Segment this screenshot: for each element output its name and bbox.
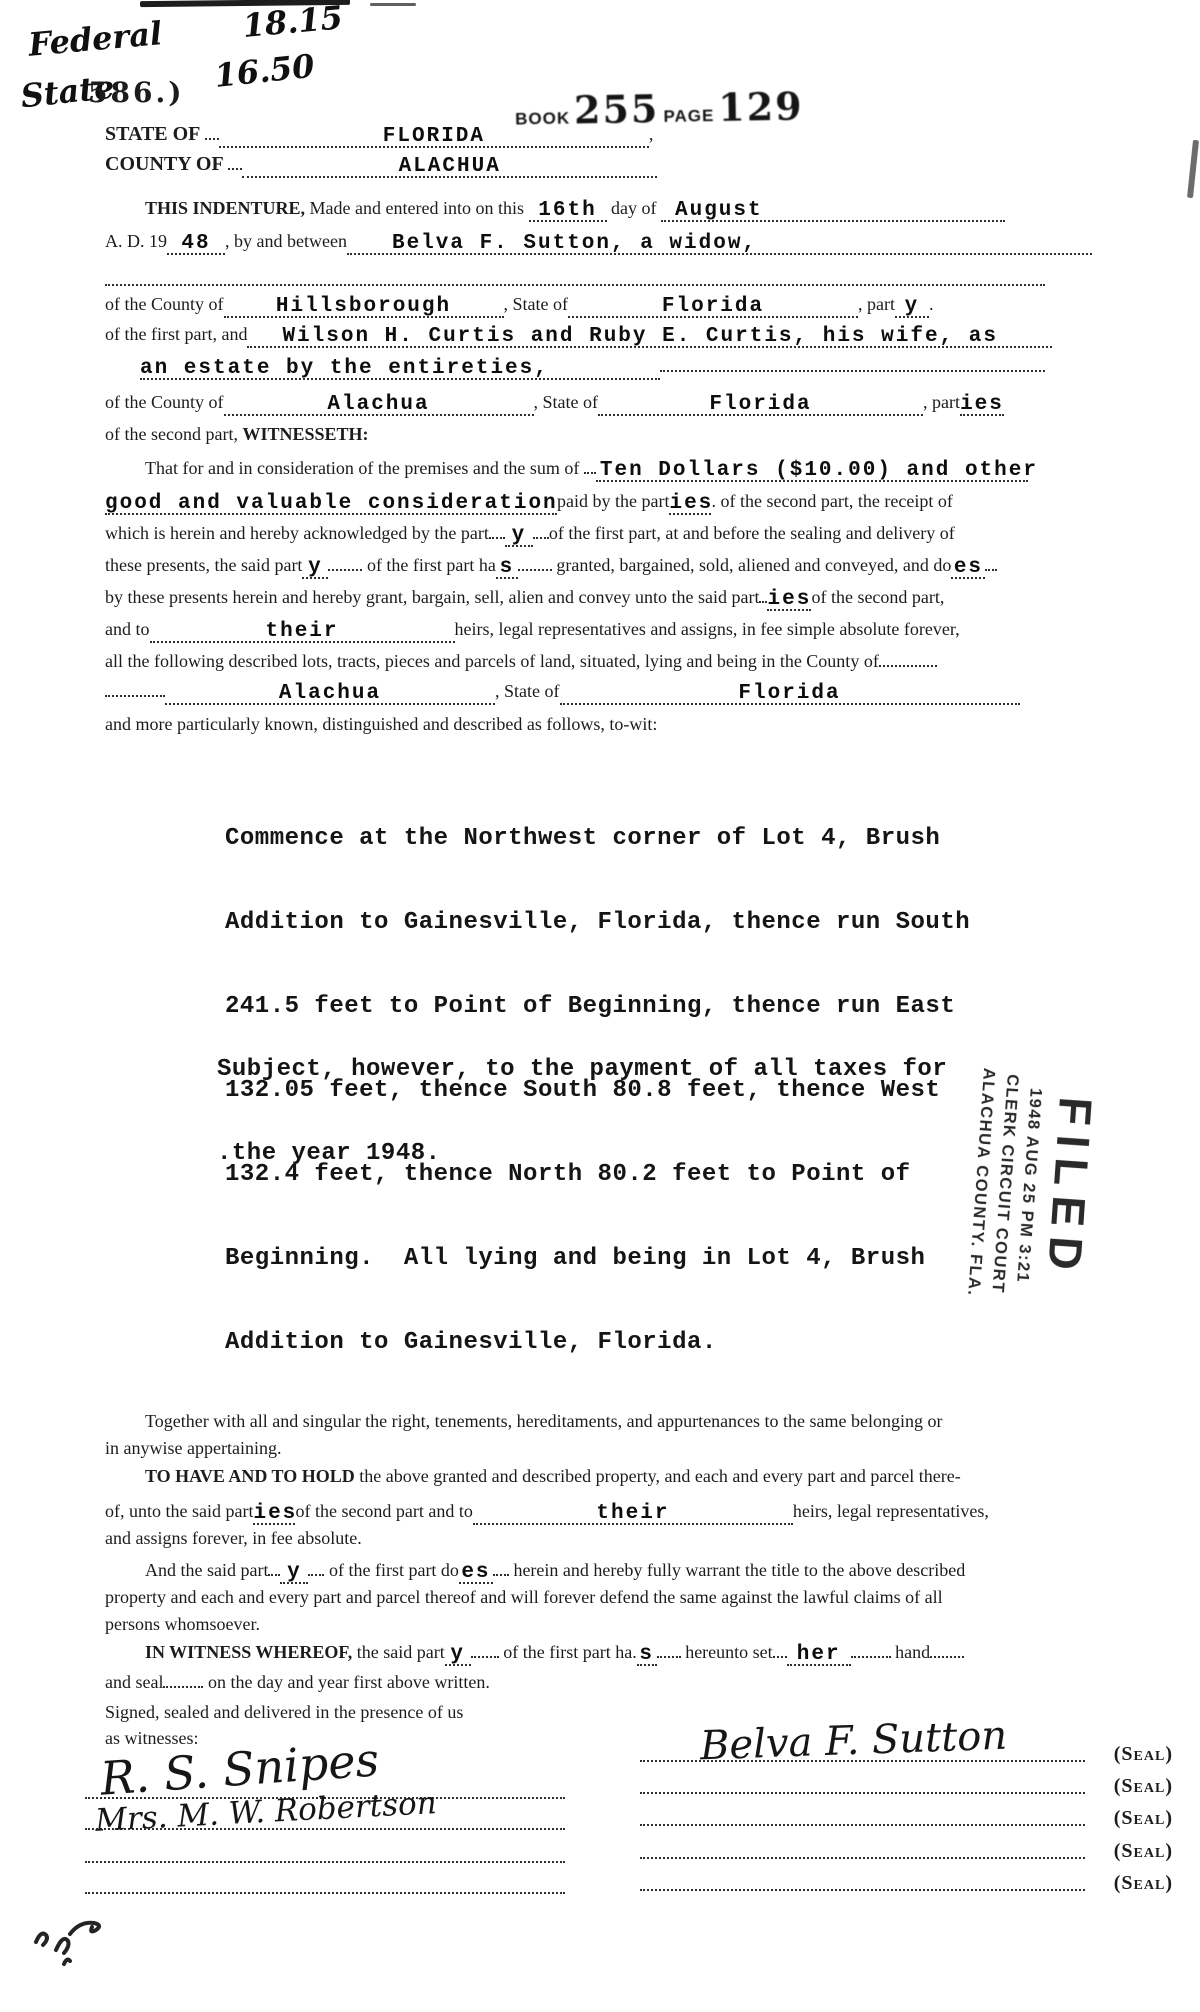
indenture-line2: A. D. 1948, by and betweenBelva F. Sutto… xyxy=(105,229,1092,255)
printed-text: of the first part do xyxy=(329,1560,459,1580)
printed-text: and to xyxy=(105,619,150,639)
dotted-leader xyxy=(163,1673,203,1688)
typed-text: es xyxy=(954,557,983,578)
blank-dotted-line xyxy=(105,268,1045,292)
typed-text: an estate by the entireties, xyxy=(140,358,549,379)
printed-text: day of xyxy=(611,198,656,218)
grantee-county-line: of the County ofAlachua, State ofFlorida… xyxy=(105,390,1004,416)
dotted-leader xyxy=(985,556,997,571)
filed-stamp: FILED 1948 AUG 25 PM 3:21 CLERK CIRCUIT … xyxy=(934,1025,1105,1345)
description-line: Commence at the Northwest corner of Lot … xyxy=(225,825,970,853)
printed-text: , by and between xyxy=(225,231,347,251)
pencil-mark xyxy=(28,1898,118,1988)
her-blank: her xyxy=(787,1643,851,1666)
dotted-leader xyxy=(773,1643,787,1658)
consideration-line7: all the following described lots, tracts… xyxy=(105,649,937,673)
printed-text: persons whomsoever. xyxy=(105,1614,260,1634)
consideration-line6: and totheirheirs, legal representatives … xyxy=(105,617,960,643)
seal-row-3: (Seal) xyxy=(640,1792,1085,1826)
y-blank: y xyxy=(280,1561,308,1584)
dotted-leader xyxy=(660,357,1045,372)
ies-blank: ies xyxy=(669,492,711,515)
printed-text: of, unto the said part xyxy=(105,1501,253,1521)
typed-text: ies xyxy=(669,493,713,514)
seal-label: (Seal) xyxy=(1114,1840,1173,1863)
dotted-leader xyxy=(533,524,549,539)
ies-blank: ies xyxy=(253,1502,295,1525)
printed-text: of the first part, at and before the sea… xyxy=(549,523,955,543)
comma: , xyxy=(649,124,654,144)
printed-text: hand xyxy=(895,1642,930,1662)
printed-text: and more particularly known, distinguish… xyxy=(105,714,657,734)
handwritten-amount: 16.50 xyxy=(213,47,317,95)
printed-text: hereunto set xyxy=(685,1642,772,1662)
printed-text: of the second part, xyxy=(811,587,944,607)
dotted-leader xyxy=(879,652,937,667)
typed-text: Alachua xyxy=(327,394,429,415)
seal-label: (Seal) xyxy=(1114,1872,1173,1895)
document-number: 586.) xyxy=(88,76,184,109)
scan-artifact xyxy=(1187,140,1199,198)
dotted-leader xyxy=(105,271,1045,286)
printed-text: heirs, legal representatives and assigns… xyxy=(455,619,960,639)
description-line: Addition to Gainesville, Florida. xyxy=(225,1329,970,1357)
dotted-leader xyxy=(518,556,552,571)
typed-text: y xyxy=(512,525,527,546)
tohave-line2: of, unto the said partiesof the second p… xyxy=(105,1499,989,1525)
grantee-names-blank: Wilson H. Curtis and Ruby E. Curtis, his… xyxy=(247,325,1052,348)
warrant-line1: And the said party of the first part doe… xyxy=(145,1558,965,1584)
typed-text: y xyxy=(905,296,920,317)
day-blank: 16th xyxy=(529,199,607,222)
printed-text: THIS INDENTURE, xyxy=(145,198,305,218)
grantor-county-blank: Hillsborough xyxy=(224,295,504,318)
printed-text: heirs, legal representatives, xyxy=(793,1501,989,1521)
dotted-leader xyxy=(471,1643,499,1658)
printed-text: , part xyxy=(858,294,895,314)
printed-text: on the day and year first above written. xyxy=(208,1672,490,1692)
printed-text: . xyxy=(929,294,934,314)
taxes-clause: Subject, however, to the payment of all … xyxy=(217,1000,947,1224)
printed-text: the above granted and described property… xyxy=(359,1466,961,1486)
their-blank: their xyxy=(473,1502,793,1525)
grantee-part-blank: ies xyxy=(960,393,1004,416)
printed-text: these presents, the said part xyxy=(105,555,302,575)
consideration-line2: good and valuable considerationpaid by t… xyxy=(105,489,953,515)
handwritten-amount: 18.15 xyxy=(241,0,344,45)
land-state-blank: Florida xyxy=(560,682,1020,705)
printed-text: paid by the part xyxy=(557,491,669,511)
typed-text: their xyxy=(265,621,338,642)
printed-text: of the first part ha xyxy=(367,555,496,575)
typed-text: Wilson H. Curtis and Ruby E. Curtis, his… xyxy=(282,326,998,347)
seal-label: (Seal) xyxy=(1114,1807,1173,1830)
typed-text: s xyxy=(500,557,515,578)
state-of-line: STATE OF FLORIDA, xyxy=(105,122,653,148)
together-line2: in anywise appertaining. xyxy=(105,1436,281,1460)
witness-whereof-line1: IN WITNESS WHEREOF, the said party of th… xyxy=(145,1640,964,1666)
printed-text: the said part xyxy=(357,1642,445,1662)
typed-text: her xyxy=(797,1644,841,1665)
land-location-line: Alachua, State ofFlorida xyxy=(105,679,1020,705)
handwritten-text: Federal xyxy=(27,14,164,64)
dotted-leader xyxy=(584,459,596,474)
typed-text: good and valuable consideration xyxy=(105,493,558,514)
printed-text: herein and hereby fully warrant the titl… xyxy=(513,1560,965,1580)
es-blank: es xyxy=(459,1561,493,1584)
scan-artifact xyxy=(370,3,416,6)
witnesseth-line: of the second part, WITNESSETH: xyxy=(105,422,369,446)
amount2-blank: good and valuable consideration xyxy=(105,492,557,515)
printed-text: Made and entered into on this xyxy=(310,198,524,218)
typed-text: ies xyxy=(768,589,812,610)
description-line: Beginning. All lying and being in Lot 4,… xyxy=(225,1245,970,1273)
printed-text: granted, bargained, sold, aliened and co… xyxy=(556,555,951,575)
state-blank: FLORIDA xyxy=(219,125,649,148)
typed-grantor-name: Belva F. Sutton, a widow, xyxy=(392,233,757,254)
printed-text: all the following described lots, tracts… xyxy=(105,651,879,671)
dotted-leader xyxy=(489,524,505,539)
printed-text: , State of xyxy=(504,294,569,314)
witnesseth-text: WITNESSETH: xyxy=(242,424,368,444)
their-blank: their xyxy=(150,620,455,643)
tohave-line1: TO HAVE AND TO HOLD the above granted an… xyxy=(145,1464,961,1488)
typed-text: Hillsborough xyxy=(276,296,451,317)
deed-document-page: Federal 18.15 State 16.50 586.) BOOK 255… xyxy=(0,0,1200,2012)
typed-county: ALACHUA xyxy=(399,156,501,177)
y-blank: y xyxy=(505,524,533,547)
consideration-line3: which is herein and hereby acknowledged … xyxy=(105,521,955,547)
typed-text: their xyxy=(596,1503,669,1524)
printed-text: . of the second part, the receipt of xyxy=(711,491,952,511)
typed-text: ies xyxy=(960,394,1004,415)
printed-text: IN WITNESS WHEREOF, xyxy=(145,1642,352,1662)
typed-text: Alachua xyxy=(279,683,381,704)
seal-row-5: (Seal) xyxy=(640,1857,1085,1891)
printed-text: , State of xyxy=(495,681,560,701)
printed-text: And the said part xyxy=(145,1560,268,1580)
warrant-line2: property and each and every part and par… xyxy=(105,1585,943,1609)
dotted-leader xyxy=(228,155,242,170)
typed-text: y xyxy=(450,1644,465,1665)
description-line: .the year 1948. xyxy=(217,1140,947,1168)
entireties-blank: an estate by the entireties, xyxy=(140,357,660,380)
printed-text: A. D. 19 xyxy=(105,231,167,251)
typed-text: Florida xyxy=(662,296,764,317)
typed-text: ies xyxy=(253,1503,297,1524)
warrant-line3: persons whomsoever. xyxy=(105,1612,260,1636)
description-line: Subject, however, to the payment of all … xyxy=(217,1056,947,1084)
printed-text: and seal xyxy=(105,1672,163,1692)
grantee-names-line: of the first part, andWilson H. Curtis a… xyxy=(105,322,1052,348)
printed-text: of the second part and to xyxy=(295,1501,472,1521)
state-label: STATE OF xyxy=(105,123,200,145)
dotted-leader xyxy=(205,125,219,140)
typed-text: Ten Dollars ($10.00) and other xyxy=(600,460,1038,481)
dotted-leader xyxy=(105,682,165,697)
indenture-line1: THIS INDENTURE, Made and entered into on… xyxy=(145,196,1005,222)
signed-sealed-line: Signed, sealed and delivered in the pres… xyxy=(105,1700,463,1724)
seal-label: (Seal) xyxy=(1114,1743,1173,1766)
printed-text: and assigns forever, in fee absolute. xyxy=(105,1528,362,1548)
dotted-leader xyxy=(328,556,362,571)
printed-text: , State of xyxy=(534,392,599,412)
printed-text: of the second part, xyxy=(105,424,238,444)
typed-state: FLORIDA xyxy=(383,126,485,147)
consideration-line4: these presents, the said party of the fi… xyxy=(105,553,997,579)
dotted-leader xyxy=(493,1561,509,1576)
typed-month: August xyxy=(675,200,763,221)
typed-text: y xyxy=(287,1562,302,1583)
typed-year: 48 xyxy=(181,233,210,254)
grantee-county-blank: Alachua xyxy=(224,393,534,416)
towit-line: and more particularly known, distinguish… xyxy=(105,712,657,736)
printed-text: of the County of xyxy=(105,294,224,314)
dotted-leader xyxy=(851,1643,891,1658)
dotted-leader xyxy=(268,1561,280,1576)
county-blank: ALACHUA xyxy=(242,155,657,178)
printed-text: property and each and every part and par… xyxy=(105,1587,943,1607)
witness-line-4 xyxy=(85,1860,565,1894)
s-blank: s xyxy=(496,556,518,579)
amount-blank: Ten Dollars ($10.00) and other xyxy=(596,459,1028,482)
printed-text: which is herein and hereby acknowledged … xyxy=(105,523,489,543)
typed-text: s xyxy=(639,1644,654,1665)
printed-text: in anywise appertaining. xyxy=(105,1438,281,1458)
typed-text: es xyxy=(461,1562,490,1583)
printed-text: Signed, sealed and delivered in the pres… xyxy=(105,1702,463,1722)
year-blank: 48 xyxy=(167,232,225,255)
printed-text: of the County of xyxy=(105,392,224,412)
dotted-leader xyxy=(759,588,767,603)
typed-text: Florida xyxy=(709,394,811,415)
dotted-leader xyxy=(657,1643,681,1658)
seal-row-4: (Seal) xyxy=(640,1825,1085,1859)
printed-text: TO HAVE AND TO HOLD xyxy=(145,1466,355,1486)
printed-text: That for and in consideration of the pre… xyxy=(145,458,579,478)
typed-text: Florida xyxy=(738,683,840,704)
description-line: Addition to Gainesville, Florida, thence… xyxy=(225,909,970,937)
grantee-state-blank: Florida xyxy=(598,393,923,416)
printed-text: Together with all and singular the right… xyxy=(145,1411,943,1431)
witness-whereof-line2: and seal on the day and year first above… xyxy=(105,1670,490,1694)
typed-day: 16th xyxy=(538,200,596,221)
entireties-line: an estate by the entireties, xyxy=(140,354,1045,380)
county-of-line: COUNTY OF ALACHUA xyxy=(105,152,657,178)
consideration-line5: by these presents herein and hereby gran… xyxy=(105,585,944,611)
printed-text: of the first part ha. xyxy=(503,1642,636,1662)
y-blank: y xyxy=(445,1643,471,1666)
seal-label: (Seal) xyxy=(1114,1775,1173,1798)
month-blank: August xyxy=(661,199,1005,222)
together-line1: Together with all and singular the right… xyxy=(145,1409,943,1433)
printed-text: of the first part, and xyxy=(105,324,247,344)
y2-blank: y xyxy=(302,556,328,579)
s-blank: s xyxy=(637,1643,657,1666)
land-county-blank: Alachua xyxy=(165,682,495,705)
es-blank: es xyxy=(951,556,985,579)
ies2-blank: ies xyxy=(767,588,811,611)
dotted-leader xyxy=(930,1643,964,1658)
consideration-line1: That for and in consideration of the pre… xyxy=(145,456,1028,482)
tohave-line3: and assigns forever, in fee absolute. xyxy=(105,1526,362,1550)
grantor-name-blank: Belva F. Sutton, a widow, xyxy=(347,232,1092,255)
grantor-state-blank: Florida xyxy=(568,295,858,318)
page-label: PAGE xyxy=(663,106,714,126)
printed-text: , part xyxy=(923,392,960,412)
dotted-leader xyxy=(308,1561,324,1576)
grantor-county-line: of the County ofHillsborough, State ofFl… xyxy=(105,292,933,318)
page-number: 129 xyxy=(718,83,804,129)
printed-text: by these presents herein and hereby gran… xyxy=(105,587,759,607)
county-label: COUNTY OF xyxy=(105,153,224,175)
grantor-part-blank: y xyxy=(895,295,929,318)
typed-text: y xyxy=(308,557,323,578)
